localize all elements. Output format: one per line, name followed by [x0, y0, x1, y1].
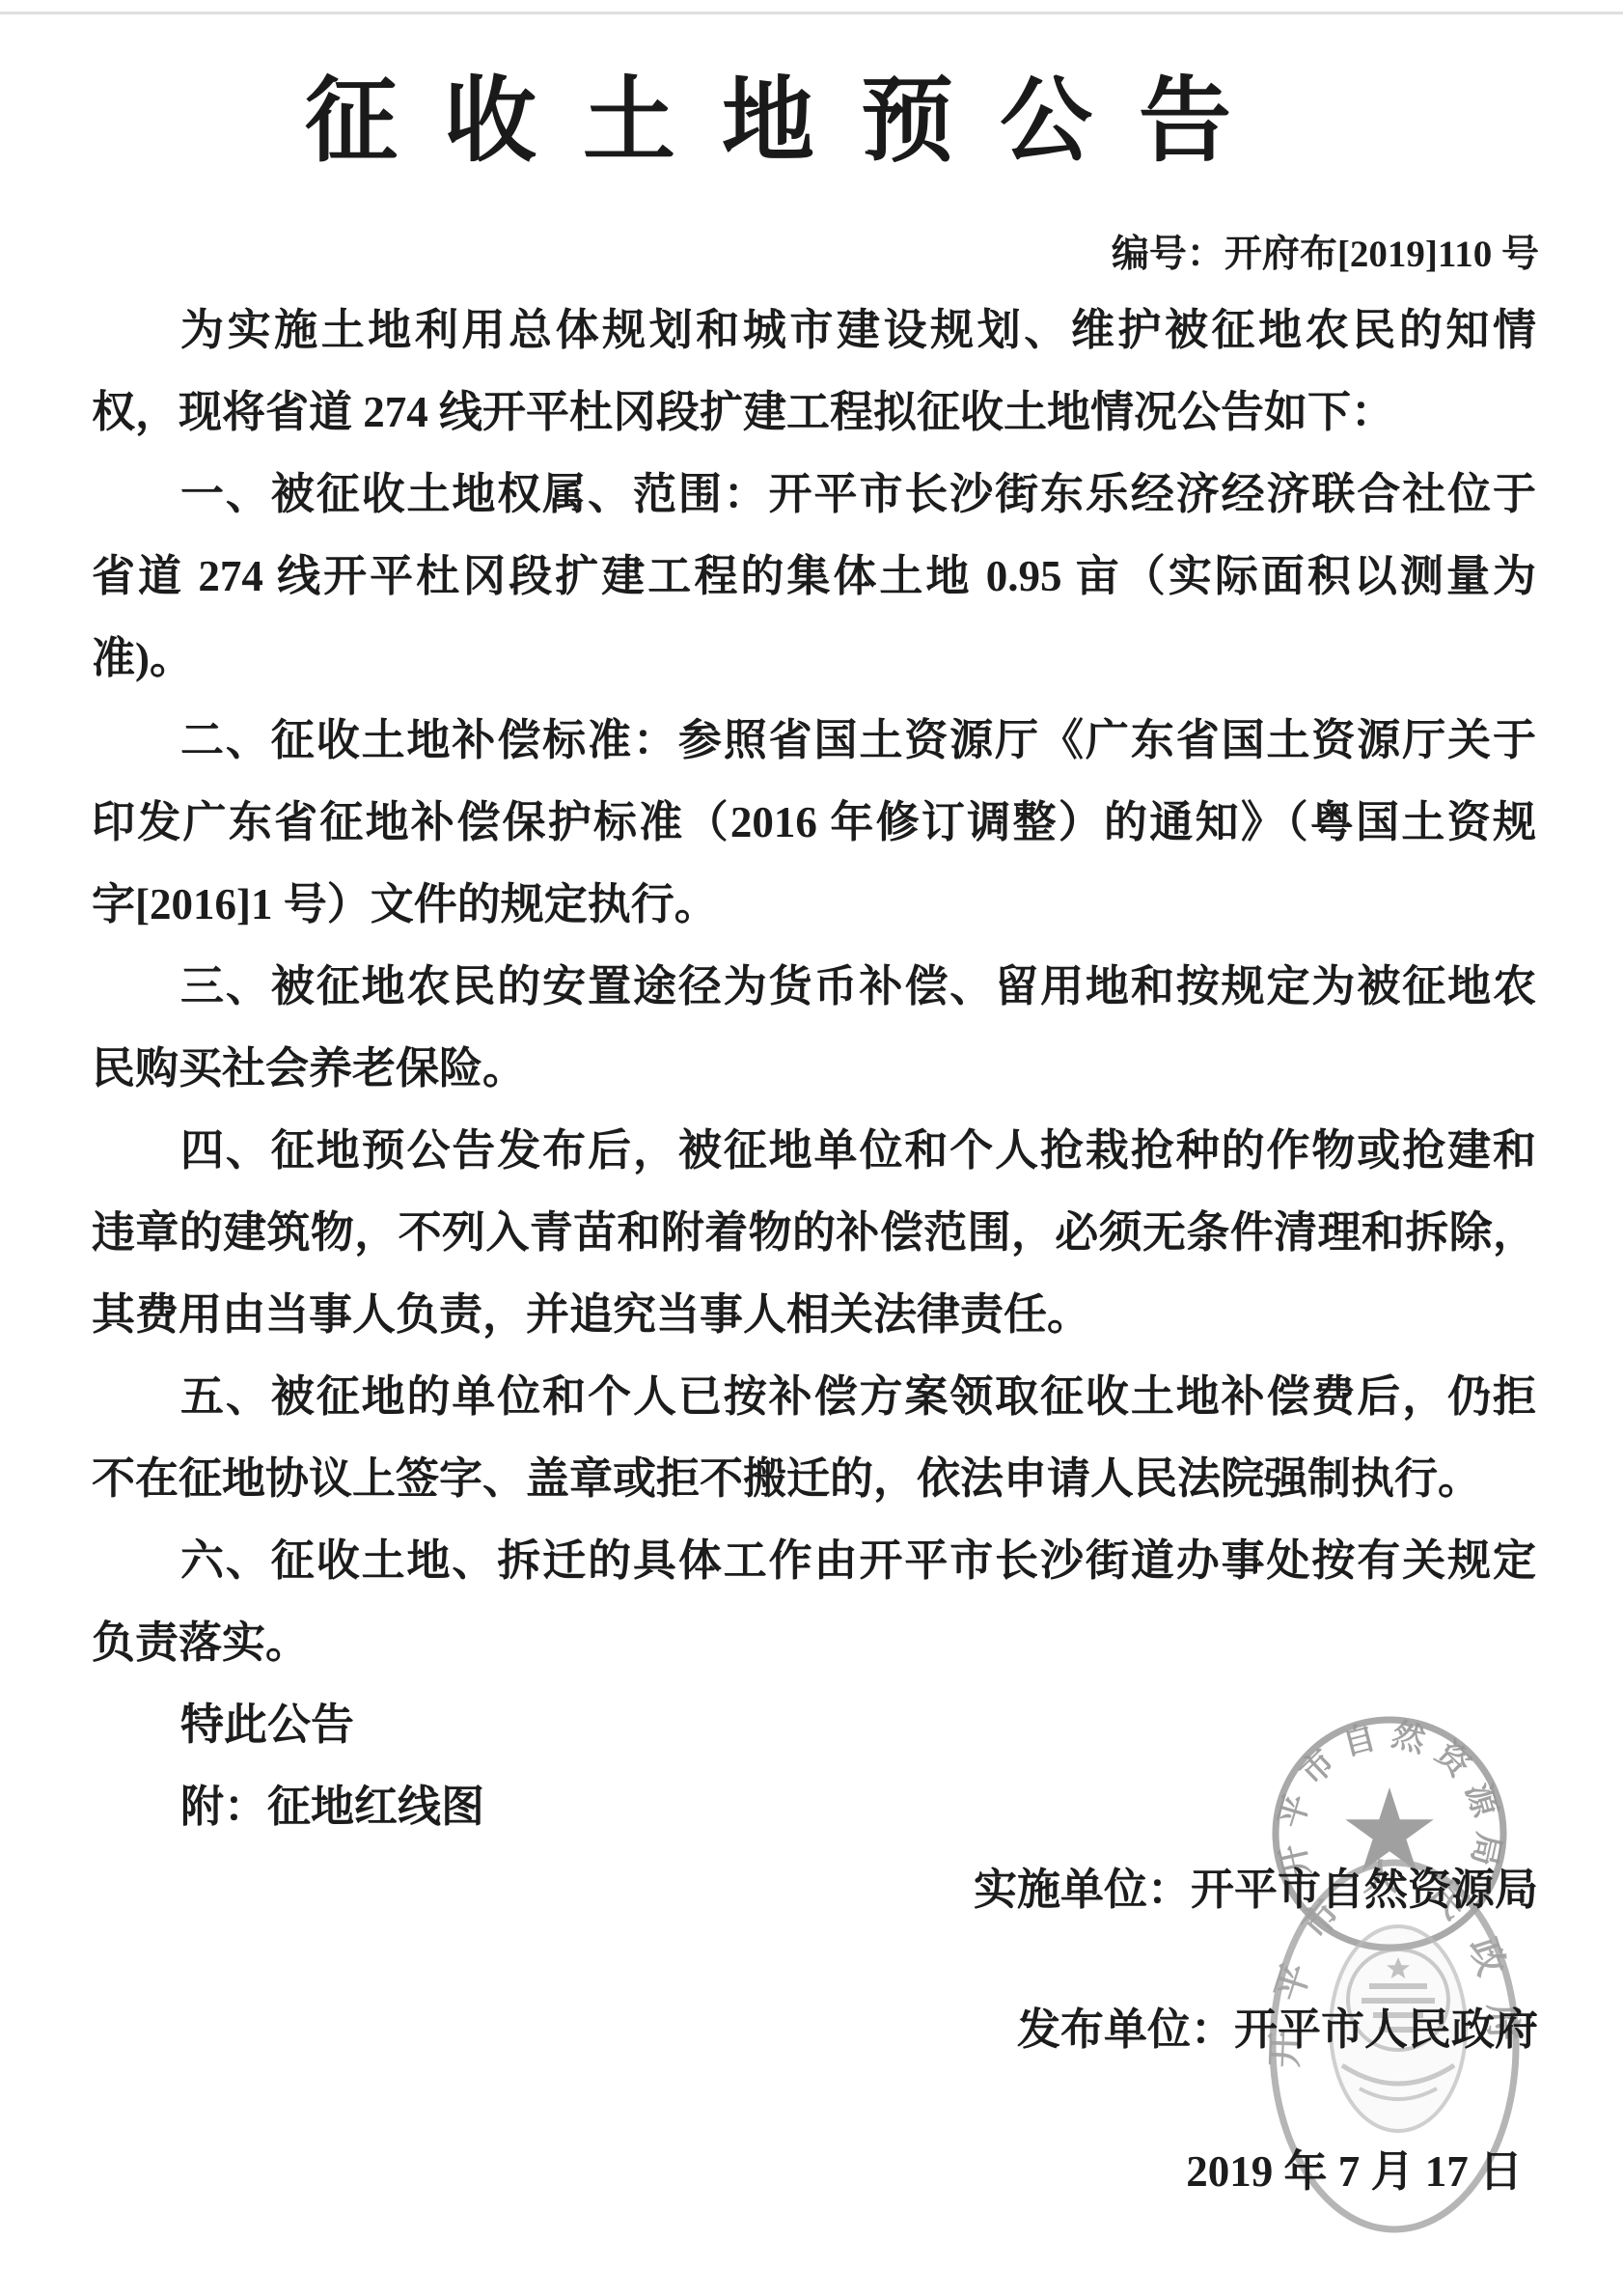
issue-date: 2019 年 7 月 17 日	[92, 2131, 1538, 2213]
body-line: 二、征收土地补偿标准：参照省国土资源厅《广东省国土资源厅关于	[92, 700, 1536, 782]
body-line: 特此公告	[92, 1684, 1536, 1766]
body-line: 字[2016]1 号）文件的规定执行。	[92, 864, 1536, 946]
body-line: 负责落实。	[92, 1602, 1536, 1684]
body-line: 省道 274 线开平杜冈段扩建工程的集体土地 0.95 亩（实际面积以测量为	[92, 536, 1536, 618]
body-line: 六、征收土地、拆迁的具体工作由开平市长沙街道办事处按有关规定	[92, 1520, 1536, 1602]
body-line: 印发广东省征地补偿保护标准（2016 年修订调整）的通知》（粤国土资规	[92, 782, 1536, 864]
announcement-page: 征收土地预公告 编号：开府布[2019]110 号 开平市自然资源局 开平市人民…	[0, 0, 1623, 2296]
document-body: 为实施土地利用总体规划和城市建设规划、维护被征地农民的知情权，现将省道 274 …	[92, 290, 1536, 1848]
body-line: 为实施土地利用总体规划和城市建设规划、维护被征地农民的知情	[92, 290, 1536, 372]
implementing-unit: 实施单位：开平市自然资源局	[92, 1849, 1538, 1931]
body-line: 三、被征地农民的安置途径为货币补偿、留用地和按规定为被征地农	[92, 946, 1536, 1028]
page-title: 征收土地预公告	[0, 56, 1536, 186]
body-line: 违章的建筑物，不列入青苗和附着物的补偿范围，必须无条件清理和拆除，	[92, 1192, 1536, 1274]
scan-artifact-line	[0, 12, 1623, 14]
body-line: 权，现将省道 274 线开平杜冈段扩建工程拟征收土地情况公告如下：	[92, 372, 1536, 454]
body-line: 五、被征地的单位和个人已按补偿方案领取征收土地补偿费后，仍拒	[92, 1356, 1536, 1438]
body-line: 一、被征收土地权属、范围：开平市长沙街东乐经济经济联合社位于	[92, 454, 1536, 536]
doc-number: 编号：开府布[2019]110 号	[0, 228, 1539, 282]
body-line: 其费用由当事人负责，并追究当事人相关法律责任。	[92, 1274, 1536, 1356]
body-line: 四、征地预公告发布后，被征地单位和个人抢栽抢种的作物或抢建和	[92, 1110, 1536, 1192]
body-line: 民购买社会养老保险。	[92, 1028, 1536, 1110]
issuing-unit: 发布单位：开平市人民政府	[92, 1989, 1538, 2071]
signature-block: 实施单位：开平市自然资源局 发布单位：开平市人民政府 2019 年 7 月 17…	[92, 1849, 1538, 2213]
body-line: 准)。	[92, 618, 1536, 700]
body-line: 附：征地红线图	[92, 1766, 1536, 1848]
body-line: 不在征地协议上签字、盖章或拒不搬迁的，依法申请人民法院强制执行。	[92, 1438, 1536, 1520]
